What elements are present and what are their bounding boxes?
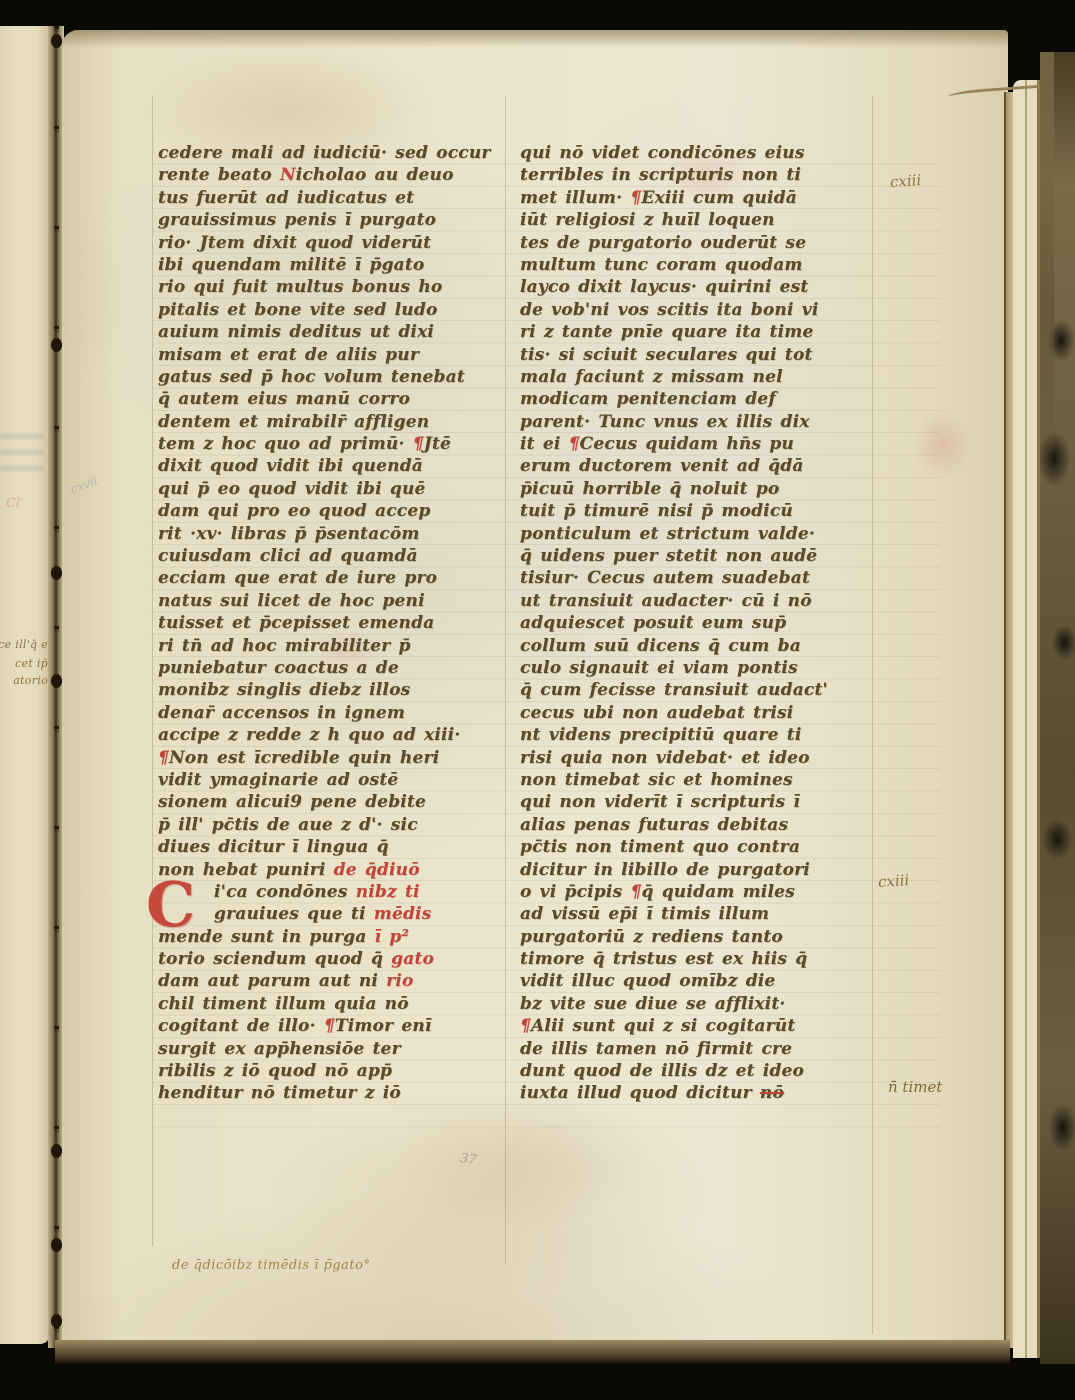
- sewing-knot: [51, 338, 62, 352]
- manuscript-line: non hebat puniri de q̄diuō: [158, 859, 494, 881]
- manuscript-line: cuiusdam clici ad quamdā: [158, 545, 494, 567]
- rubric-text: ¶: [569, 434, 580, 454]
- sewing-knot: [51, 1314, 62, 1328]
- pencil-folio-number: 37: [459, 1151, 477, 1168]
- ink-text: rio· Jtem dixit quod viderūt: [158, 233, 431, 253]
- ink-text: i'ca condōnes: [214, 882, 356, 902]
- manuscript-line: pc̄tis non timent quo contra: [520, 836, 876, 858]
- ink-text: natus sui licet de hoc peni: [158, 591, 425, 611]
- ink-text: qui p̄ eo quod vidit ibi quē: [158, 479, 426, 499]
- ink-text: timore q̄ tristus est ex hiis q̄: [520, 949, 807, 969]
- ink-text: qui non viderīt ī scripturis ī: [520, 792, 800, 812]
- ink-text: cuiusdam clici ad quamdā: [158, 546, 418, 566]
- manuscript-line: ¶Non est īcredible quin heri: [158, 747, 494, 769]
- ink-text: henditur nō timetur z iō: [158, 1083, 401, 1103]
- manuscript-line: vidit ymaginarie ad ostē: [158, 769, 494, 791]
- ink-text: vidit illuc quod omībz die: [520, 971, 775, 991]
- ink-text: pitalis et bone vite sed ludo: [158, 300, 437, 320]
- rubric-text: ī p²: [375, 927, 410, 947]
- ink-text: rio qui fuit multus bonus ho: [158, 277, 442, 297]
- manuscript-line: ponticulum et strictum valde·: [520, 523, 876, 545]
- ink-text: purgatoriū z rediens tanto: [520, 927, 783, 947]
- ink-text: grauissimus penis ī purgato: [158, 210, 436, 230]
- manuscript-line: tus fuerūt ad iudicatus et: [158, 187, 494, 209]
- ink-text: tis· si sciuit seculares qui tot: [520, 345, 813, 365]
- ink-text: puniebatur coactus a de: [158, 658, 399, 678]
- sewing-knot: [51, 1238, 62, 1252]
- manuscript-line: torio sciendum quod q̄ gato: [158, 948, 494, 970]
- manuscript-line: cedere mali ad iudiciū· sed occur: [158, 142, 494, 164]
- sewing-knot: [51, 674, 62, 688]
- manuscript-line: erum ductorem venit ad q̄dā: [520, 455, 876, 477]
- ink-text: ad vissū ep̄i ī timis illum: [520, 904, 769, 924]
- manuscript-line: tisiur· Cecus autem suadebat: [520, 567, 876, 589]
- ink-text: dam qui pro eo quod accep: [158, 501, 430, 521]
- manuscript-line: de vob'ni vos scitis ita boni vi: [520, 299, 876, 321]
- showthrough-smudge: [0, 434, 44, 480]
- manuscript-line: de illis tamen nō firmit cre: [520, 1038, 876, 1060]
- manuscript-line: henditur nō timetur z iō: [158, 1082, 494, 1104]
- ink-text: ponticulum et strictum valde·: [520, 524, 815, 544]
- manuscript-line: cogitant de illo· ¶Timor enī: [158, 1015, 494, 1037]
- rubric-text: nibz ti: [356, 882, 420, 902]
- ink-text: p̄icuū horrible q̄ noluit po: [520, 479, 779, 499]
- manuscript-line: p̄ ill' pc̄tis de aue z d'· sic: [158, 814, 494, 836]
- ink-text: terribles in scripturis non ti: [520, 165, 801, 185]
- ink-text: grauiues que ti: [214, 904, 374, 924]
- ink-text: met illum·: [520, 188, 630, 208]
- ink-text: sionem alicui9 pene debite: [158, 792, 426, 812]
- ink-text: auium nimis deditus ut dixi: [158, 322, 434, 342]
- ink-text: risi quia non videbat· et ideo: [520, 748, 810, 768]
- ink-text: modicam penitenciam def: [520, 389, 776, 409]
- margin-chapter-number-mid: cxiii: [877, 871, 909, 891]
- page-bottom-edge: [55, 1340, 1010, 1364]
- manuscript-line: ri tn̄ ad hoc mirabiliter p̄: [158, 635, 494, 657]
- manuscript-line: alias penas futuras debitas: [520, 814, 876, 836]
- manuscript-line: chil timent illum quia nō: [158, 993, 494, 1015]
- manuscript-line: parent· Tunc vnus ex illis dix: [520, 411, 876, 433]
- text-column-right: qui nō videt condicōnes eiusterribles in…: [520, 142, 876, 1105]
- manuscript-line: dixit quod vidit ibi quendā: [158, 455, 494, 477]
- manuscript-line: rit ·xv· libras p̄ p̄sentacōm: [158, 523, 494, 545]
- ink-text: collum suū dicens q̄ cum ba: [520, 636, 801, 656]
- ink-text: tuit p̄ timurē nisi p̄ modicū: [520, 501, 793, 521]
- ink-text: dam aut parum aut ni: [158, 971, 386, 991]
- manuscript-line: p̄icuū horrible q̄ noluit po: [520, 478, 876, 500]
- ink-text: layco dixit laycus· quirini est: [520, 277, 808, 297]
- ink-text: Jtē: [424, 434, 451, 454]
- manuscript-line: risi quia non videbat· et ideo: [520, 747, 876, 769]
- ink-text: de vob'ni vos scitis ita boni vi: [520, 300, 819, 320]
- ink-text: it ei: [520, 434, 569, 454]
- facing-ghost-text: Cl': [6, 496, 24, 511]
- manuscript-line: ¶Alii sunt qui z si cogitarūt: [520, 1015, 876, 1037]
- manuscript-line: met illum· ¶Exiii cum quidā: [520, 187, 876, 209]
- rubric-text: de q̄diuō: [334, 860, 420, 880]
- manuscript-line: dicitur in libillo de purgatori: [520, 859, 876, 881]
- rubric-text: N: [280, 165, 296, 185]
- ink-text: monibz singlis diebz illos: [158, 680, 410, 700]
- ink-text: multum tunc coram quodam: [520, 255, 803, 275]
- ink-text: ecciam que erat de iure pro: [158, 568, 437, 588]
- ink-text: rit ·xv· libras p̄ p̄sentacōm: [158, 524, 420, 544]
- manuscript-line: iuxta illud quod dicitur nō: [520, 1082, 876, 1104]
- ink-text: qui nō videt condicōnes eius: [520, 143, 805, 163]
- text-column-left: cedere mali ad iudiciū· sed occurrente b…: [158, 142, 494, 1105]
- manuscript-line: layco dixit laycus· quirini est: [520, 276, 876, 298]
- ink-text: ri z tante pnīe quare ita time: [520, 322, 813, 342]
- manuscript-line: vidit illuc quod omībz die: [520, 970, 876, 992]
- manuscript-line: terribles in scripturis non ti: [520, 164, 876, 186]
- manuscript-line: non timebat sic et homines: [520, 769, 876, 791]
- ink-text: ibi quendam militē ī p̄gato: [158, 255, 424, 275]
- current-page-fore-edge: [1004, 92, 1013, 1348]
- ink-text: dicitur in libillo de purgatori: [520, 860, 810, 880]
- rubric-text: ¶: [630, 882, 641, 902]
- manuscript-line: monibz singlis diebz illos: [158, 679, 494, 701]
- ink-text: torio sciendum quod q̄: [158, 949, 391, 969]
- manuscript-line: iūt religiosi z huīl loquen: [520, 209, 876, 231]
- ink-text: ri tn̄ ad hoc mirabiliter p̄: [158, 636, 411, 656]
- left-margin-ghost-number: cxvii: [68, 473, 99, 496]
- ink-text: adquiescet posuit eum sup̄: [520, 613, 786, 633]
- manuscript-line: misam et erat de aliis pur: [158, 344, 494, 366]
- ink-text: parent· Tunc vnus ex illis dix: [520, 412, 810, 432]
- manuscript-line: bz vite sue diue se afflixit·: [520, 993, 876, 1015]
- rubric-text: mēdis: [374, 904, 432, 924]
- vertical-ruling: [505, 96, 506, 1264]
- ink-text: dixit quod vidit ibi quendā: [158, 456, 423, 476]
- ink-text: ut transiuit audacter· cū i nō: [520, 591, 812, 611]
- manuscript-line: rio qui fuit multus bonus ho: [158, 276, 494, 298]
- ink-text: dunt quod de illis dz et ideo: [520, 1061, 804, 1081]
- ink-text: tem z hoc quo ad primū·: [158, 434, 413, 454]
- ink-text: icholao au deuo: [296, 165, 454, 185]
- ink-text: chil timent illum quia nō: [158, 994, 409, 1014]
- ink-text: iuxta illud quod dicitur: [520, 1083, 760, 1103]
- manuscript-line: pitalis et bone vite sed ludo: [158, 299, 494, 321]
- rubric-text: gato: [391, 949, 434, 969]
- manuscript-line: o vi p̄cipis ¶q̄ quidam miles: [520, 881, 876, 903]
- ink-text: surgit ex app̄hensiōe ter: [158, 1039, 401, 1059]
- underlying-page-edge: [1013, 80, 1040, 1358]
- manuscript-line: i'ca condōnes nibz ti: [158, 881, 494, 903]
- manuscript-line: tem z hoc quo ad primū· ¶Jtē: [158, 433, 494, 455]
- manuscript-line: auium nimis deditus ut dixi: [158, 321, 494, 343]
- ink-text: gatus sed p̄ hoc volum tenebat: [158, 367, 465, 387]
- manuscript-line: grauissimus penis ī purgato: [158, 209, 494, 231]
- manuscript-line: purgatoriū z rediens tanto: [520, 926, 876, 948]
- manuscript-line: denar̄ accensos in ignem: [158, 702, 494, 724]
- bottom-margin-note: de q̄dicōibz timēdis ī p̄gato°: [172, 1258, 370, 1273]
- ink-text: mala faciunt z missam nel: [520, 367, 783, 387]
- manuscript-line: adquiescet posuit eum sup̄: [520, 612, 876, 634]
- ink-text: tes de purgatorio ouderūt se: [520, 233, 806, 253]
- manuscript-line: collum suū dicens q̄ cum ba: [520, 635, 876, 657]
- ink-text: rente beato: [158, 165, 280, 185]
- manuscript-line: qui non viderīt ī scripturis ī: [520, 791, 876, 813]
- margin-chapter-number-top: cxiii: [889, 171, 921, 191]
- facing-margin-fragment: cet ip̄: [15, 657, 48, 670]
- ink-text: diues dicitur ī lingua q̄: [158, 837, 389, 857]
- rubric-text: ¶: [324, 1016, 335, 1036]
- manuscript-page: cedere mali ad iudiciū· sed occurrente b…: [62, 30, 1008, 1352]
- rubric-text: ¶: [630, 188, 641, 208]
- manuscript-line: nt videns precipitiū quare ti: [520, 724, 876, 746]
- manuscript-line: accipe z redde z h quo ad xiii·: [158, 724, 494, 746]
- manuscript-line: q̄ cum fecisse transiuit audact': [520, 679, 876, 701]
- ink-text: alias penas futuras debitas: [520, 815, 788, 835]
- ink-text: q̄ autem eius manū corro: [158, 389, 410, 409]
- facing-margin-fragment: ce ill'q̄ e: [0, 638, 48, 651]
- manuscript-line: rio· Jtem dixit quod viderūt: [158, 232, 494, 254]
- ink-text: pc̄tis non timent quo contra: [520, 837, 800, 857]
- rubric-text: ¶: [413, 434, 424, 454]
- ink-text: Non est īcredible quin heri: [169, 748, 439, 768]
- ink-text: tisiur· Cecus autem suadebat: [520, 568, 810, 588]
- manuscript-line: cecus ubi non audebat trisi: [520, 702, 876, 724]
- codex-photograph: Cl' ce ill'q̄ e cet ip̄ atorio cedere ma…: [0, 0, 1075, 1400]
- manuscript-line: ad vissū ep̄i ī timis illum: [520, 903, 876, 925]
- ink-text: cedere mali ad iudiciū· sed occur: [158, 143, 491, 163]
- manuscript-line: surgit ex app̄hensiōe ter: [158, 1038, 494, 1060]
- manuscript-line: sionem alicui9 pene debite: [158, 791, 494, 813]
- manuscript-line: modicam penitenciam def: [520, 388, 876, 410]
- ink-text: q̄ quidam miles: [641, 882, 794, 902]
- ink-text: accipe z redde z h quo ad xiii·: [158, 725, 460, 745]
- manuscript-line: ri z tante pnīe quare ita time: [520, 321, 876, 343]
- manuscript-line: puniebatur coactus a de: [158, 657, 494, 679]
- manuscript-line: ut transiuit audacter· cū i nō: [520, 590, 876, 612]
- ink-text: non timebat sic et homines: [520, 770, 793, 790]
- manuscript-line: dam qui pro eo quod accep: [158, 500, 494, 522]
- ink-text: misam et erat de aliis pur: [158, 345, 419, 365]
- ink-text: iūt religiosi z huīl loquen: [520, 210, 775, 230]
- manuscript-line: mende sunt in purga ī p²: [158, 926, 494, 948]
- ink-text: q̄ uidens puer stetit non audē: [520, 546, 817, 566]
- ink-text: Exiii cum quidā: [641, 188, 797, 208]
- manuscript-line: tis· si sciuit seculares qui tot: [520, 344, 876, 366]
- ink-text: erum ductorem venit ad q̄dā: [520, 456, 804, 476]
- ink-text: tuisset et p̄cepisset emenda: [158, 613, 434, 633]
- manuscript-line: ibi quendam militē ī p̄gato: [158, 254, 494, 276]
- manuscript-line: dentem et mirabilr̄ affligen: [158, 411, 494, 433]
- manuscript-line: it ei ¶Cecus quidam hn̄s pu: [520, 433, 876, 455]
- vertical-ruling: [152, 96, 153, 1246]
- ink-text: cecus ubi non audebat trisi: [520, 703, 793, 723]
- manuscript-line: qui nō videt condicōnes eius: [520, 142, 876, 164]
- ink-text: tus fuerūt ad iudicatus et: [158, 188, 414, 208]
- ink-text: nt videns precipitiū quare ti: [520, 725, 801, 745]
- manuscript-line: gatus sed p̄ hoc volum tenebat: [158, 366, 494, 388]
- rubric-text: ¶: [158, 748, 169, 768]
- manuscript-line: grauiues que ti mēdis: [158, 903, 494, 925]
- ink-text: denar̄ accensos in ignem: [158, 703, 405, 723]
- sewing-knot: [51, 1144, 62, 1158]
- ink-text: bz vite sue diue se afflixit·: [520, 994, 786, 1014]
- manuscript-line: tes de purgatorio ouderūt se: [520, 232, 876, 254]
- sewing-knot: [51, 34, 62, 48]
- ink-text: Cecus quidam hn̄s pu: [580, 434, 794, 454]
- ink-text: Timor enī: [335, 1016, 432, 1036]
- ink-text: de illis tamen nō firmit cre: [520, 1039, 792, 1059]
- ink-text: dentem et mirabilr̄ affligen: [158, 412, 429, 432]
- manuscript-line: q̄ autem eius manū corro: [158, 388, 494, 410]
- manuscript-line: diues dicitur ī lingua q̄: [158, 836, 494, 858]
- margin-catchword: n̄ timet: [888, 1078, 942, 1096]
- ink-text: cogitant de illo·: [158, 1016, 324, 1036]
- manuscript-line: mala faciunt z missam nel: [520, 366, 876, 388]
- ink-text: culo signauit ei viam pontis: [520, 658, 798, 678]
- struck-text: nō: [760, 1083, 784, 1103]
- manuscript-line: culo signauit ei viam pontis: [520, 657, 876, 679]
- sewing-knot: [51, 566, 62, 580]
- manuscript-line: multum tunc coram quodam: [520, 254, 876, 276]
- manuscript-line: dunt quod de illis dz et ideo: [520, 1060, 876, 1082]
- manuscript-line: timore q̄ tristus est ex hiis q̄: [520, 948, 876, 970]
- rubric-text: rio: [386, 971, 413, 991]
- page-top-edge: [62, 30, 1008, 48]
- rubricated-drop-initial: C: [146, 876, 195, 934]
- manuscript-line: rente beato Nicholao au deuo: [158, 164, 494, 186]
- cover-damage: [1040, 52, 1054, 472]
- facing-margin-fragment: atorio: [13, 674, 48, 687]
- facing-page-edge: Cl' ce ill'q̄ e cet ip̄ atorio: [0, 26, 50, 1344]
- manuscript-line: tuisset et p̄cepisset emenda: [158, 612, 494, 634]
- manuscript-line: ecciam que erat de iure pro: [158, 567, 494, 589]
- ink-text: ribilis z iō quod nō app̄: [158, 1061, 392, 1081]
- manuscript-line: natus sui licet de hoc peni: [158, 590, 494, 612]
- manuscript-line: dam aut parum aut ni rio: [158, 970, 494, 992]
- manuscript-line: q̄ uidens puer stetit non audē: [520, 545, 876, 567]
- ink-text: p̄ ill' pc̄tis de aue z d'· sic: [158, 815, 418, 835]
- manuscript-line: tuit p̄ timurē nisi p̄ modicū: [520, 500, 876, 522]
- ink-text: vidit ymaginarie ad ostē: [158, 770, 398, 790]
- rubric-text: ¶: [520, 1016, 531, 1036]
- ink-text: Alii sunt qui z si cogitarūt: [531, 1016, 795, 1036]
- ink-text: q̄ cum fecisse transiuit audact': [520, 680, 828, 700]
- manuscript-line: qui p̄ eo quod vidit ibi quē: [158, 478, 494, 500]
- ink-text: o vi p̄cipis: [520, 882, 630, 902]
- manuscript-line: ribilis z iō quod nō app̄: [158, 1060, 494, 1082]
